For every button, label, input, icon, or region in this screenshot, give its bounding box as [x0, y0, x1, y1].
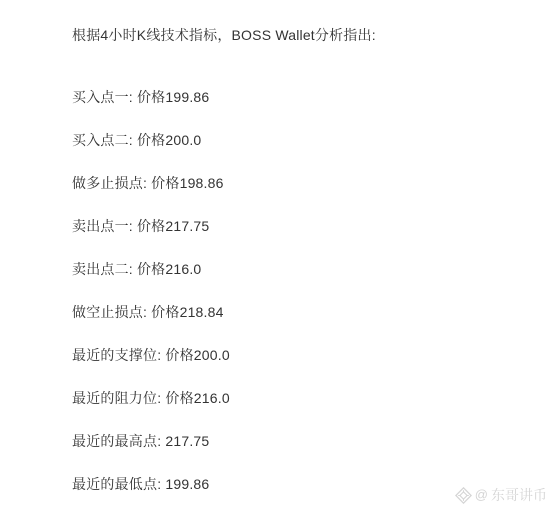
intro-paragraph: 根据4小时K线技术指标，BOSS Wallet分析指出:	[72, 25, 533, 45]
analysis-line: 卖出点二: 价格216.0	[72, 259, 533, 279]
diamond-compass-icon	[455, 487, 472, 504]
article-page: 根据4小时K线技术指标，BOSS Wallet分析指出: 买入点一: 价格199…	[0, 0, 553, 514]
analysis-line: 买入点一: 价格199.86	[72, 87, 533, 107]
watermark: @ 东哥讲币	[455, 486, 547, 504]
article-body: 根据4小时K线技术指标，BOSS Wallet分析指出: 买入点一: 价格199…	[0, 0, 553, 494]
watermark-name: 东哥讲币	[491, 486, 547, 504]
analysis-line: 卖出点一: 价格217.75	[72, 216, 533, 236]
analysis-line: 最近的阻力位: 价格216.0	[72, 388, 533, 408]
analysis-line: 做多止损点: 价格198.86	[72, 173, 533, 193]
analysis-line: 最近的最高点: 217.75	[72, 431, 533, 451]
analysis-line: 最近的支撑位: 价格200.0	[72, 345, 533, 365]
analysis-line: 做空止损点: 价格218.84	[72, 302, 533, 322]
analysis-line: 买入点二: 价格200.0	[72, 130, 533, 150]
analysis-lines: 买入点一: 价格199.86买入点二: 价格200.0做多止损点: 价格198.…	[72, 87, 533, 494]
watermark-at-sign: @	[475, 486, 488, 504]
